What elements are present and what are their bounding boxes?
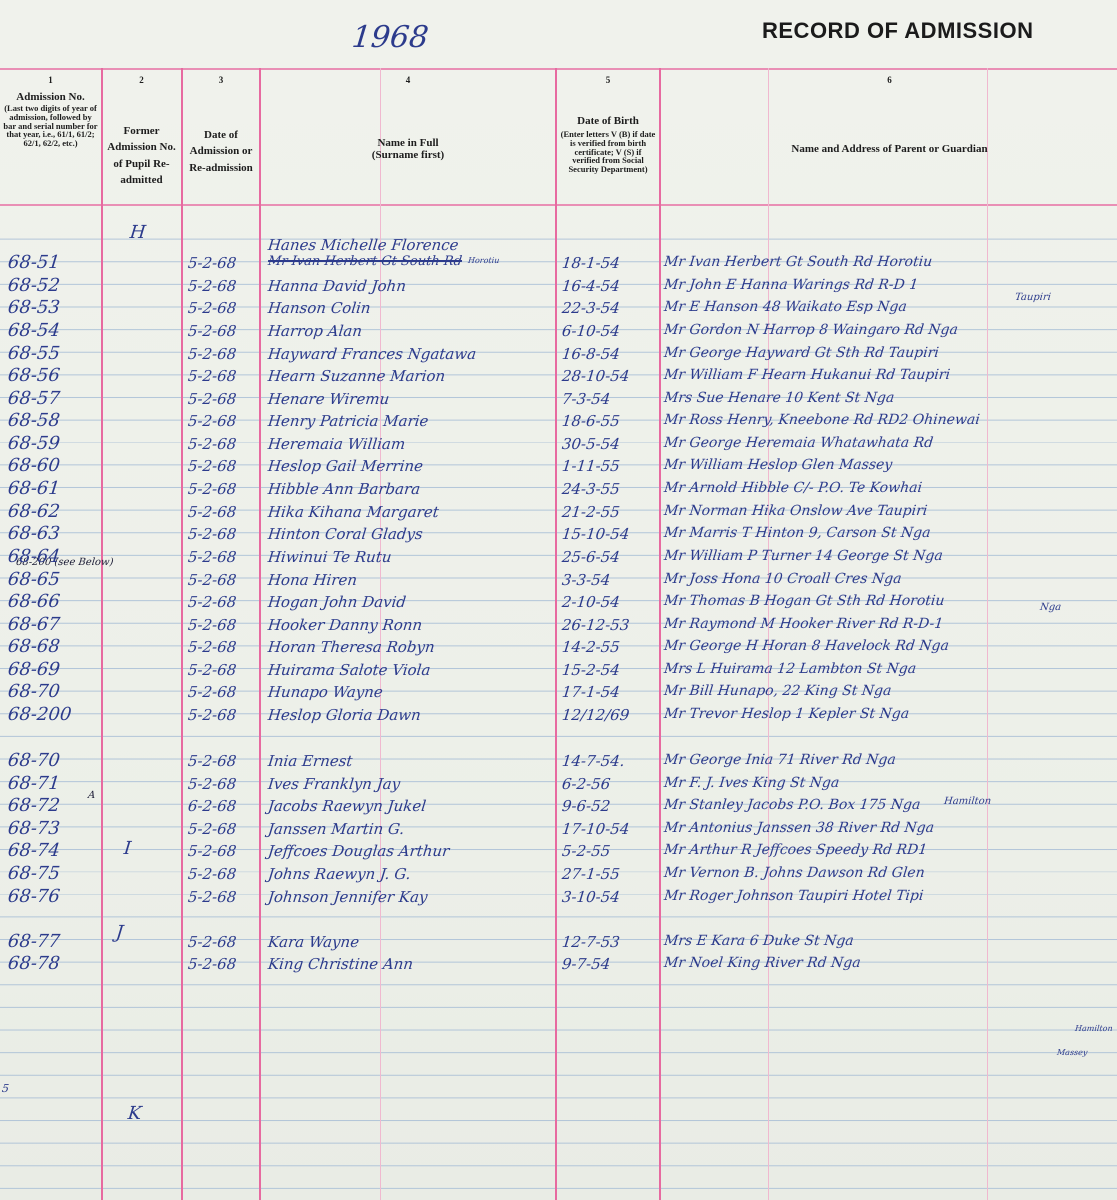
- admission-number: 68-78: [7, 953, 61, 974]
- pupil-name: Henry Patricia Marie: [267, 412, 429, 430]
- admission-number: 68-58: [7, 410, 61, 431]
- parent-guardian: Mr F. J. Ives King St Nga: [663, 775, 840, 791]
- pupil-name: Hibble Ann Barbara: [267, 480, 421, 498]
- annotation-horotiu: Horotiu: [468, 256, 500, 265]
- annotation-hamilton-68: Hamilton: [943, 796, 991, 807]
- date-of-birth: 27-1-55: [561, 865, 621, 883]
- pupil-name: Heslop Gail Merrine: [267, 457, 424, 475]
- pupil-name: Janssen Martin G.: [267, 820, 405, 838]
- date-of-birth: 24-3-55: [561, 480, 621, 498]
- date-of-birth: 16-8-54: [561, 345, 621, 363]
- column-divider: [987, 68, 988, 1200]
- parent-guardian: Mr Arnold Hibble C/- P.O. Te Kowhai: [663, 480, 923, 496]
- column-divider: [181, 68, 183, 1200]
- parent-guardian: Mr Norman Hika Onslow Ave Taupiri: [663, 503, 928, 519]
- column-header-former-admission: 2 Former Admission No. of Pupil Re-admit…: [104, 76, 179, 187]
- admission-date: 5-2-68: [187, 345, 237, 363]
- admission-number: 68-60: [7, 455, 61, 476]
- column-divider: [259, 68, 261, 1200]
- parent-guardian: Mr George H Horan 8 Havelock Rd Nga: [663, 638, 950, 654]
- admission-date: 5-2-68: [187, 254, 237, 272]
- parent-guardian: Mr Vernon B. Johns Dawson Rd Glen: [663, 865, 925, 881]
- parent-guardian: Mr George Inia 71 River Rd Nga: [663, 752, 896, 768]
- parent-guardian: Mr Ross Henry, Kneebone Rd RD2 Ohinewai: [663, 412, 980, 428]
- parent-guardian: Mr Trevor Heslop 1 Kepler St Nga: [663, 706, 910, 722]
- parent-guardian: Mr Roger Johnson Taupiri Hotel Tipi: [663, 888, 924, 904]
- admission-date: 5-2-68: [187, 593, 237, 611]
- column-divider: [659, 68, 661, 1200]
- admission-date: 5-2-68: [187, 775, 237, 793]
- admission-date: 5-2-68: [187, 638, 237, 656]
- date-of-birth: 25-6-54: [561, 548, 621, 566]
- admission-date: 5-2-68: [187, 706, 237, 724]
- admission-date: 5-2-68: [187, 933, 237, 951]
- date-of-birth: 12-7-53: [561, 933, 621, 951]
- pupil-name: Hanes Michelle Florence: [267, 236, 459, 254]
- parent-guardian: Mr Marris T Hinton 9, Carson St Nga: [663, 525, 931, 541]
- admission-number: 68-54: [7, 320, 61, 341]
- admission-date: 5-2-68: [187, 683, 237, 701]
- parent-guardian: Mr Antonius Janssen 38 River Rd Nga: [663, 820, 935, 836]
- admission-number: 68-57: [7, 388, 61, 409]
- admission-number: 68-70: [7, 750, 61, 771]
- admission-number: 68-55: [7, 343, 61, 364]
- date-of-birth: 5-2-55: [561, 842, 611, 860]
- admission-number: 68-72: [7, 795, 61, 816]
- admission-number: 68-56: [7, 365, 61, 386]
- struck-entry: Mr Ivan Herbert Gt South Rd: [267, 254, 462, 269]
- date-of-birth: 7-3-54: [561, 390, 611, 408]
- date-of-birth: 12/12/69: [561, 706, 630, 724]
- pupil-name: Ives Franklyn Jay: [267, 775, 401, 793]
- admission-number: 68-73: [7, 818, 61, 839]
- annotation-massey: Massey: [1057, 1048, 1088, 1057]
- admission-number: 68-63: [7, 523, 61, 544]
- admission-date: 5-2-68: [187, 277, 237, 295]
- admission-date: 5-2-68: [187, 548, 237, 566]
- pupil-name: Inia Ernest: [267, 752, 353, 770]
- date-of-birth: 6-10-54: [561, 322, 621, 340]
- admission-number: 68-64: [7, 546, 61, 567]
- parent-guardian: Mr Gordon N Harrop 8 Waingaro Rd Nga: [663, 322, 959, 338]
- admission-number: 68-61: [7, 478, 61, 499]
- date-of-birth: 28-10-54: [561, 367, 630, 385]
- pupil-name: Hona Hiren: [267, 571, 358, 589]
- annotation-stray-mark: 5: [1, 1082, 9, 1095]
- section-letter-h: H: [129, 222, 147, 243]
- annotation-taupiri: Taupiri: [1014, 292, 1051, 303]
- admission-date: 5-2-68: [187, 390, 237, 408]
- admission-date: 5-2-68: [187, 367, 237, 385]
- header-bottom-rule: [0, 204, 1117, 206]
- parent-guardian: Mr Joss Hona 10 Croall Cres Nga: [663, 571, 902, 587]
- date-of-birth: 18-1-54: [561, 254, 621, 272]
- admission-number: 68-76: [7, 886, 61, 907]
- date-of-birth: 14-2-55: [561, 638, 621, 656]
- date-of-birth: 14-7-54.: [561, 752, 626, 770]
- pupil-name: Henare Wiremu: [267, 390, 390, 408]
- date-of-birth: 9-6-52: [561, 797, 611, 815]
- section-letter-k: K: [127, 1103, 143, 1124]
- admission-number: 68-75: [7, 863, 61, 884]
- column-header-date-of-birth: 5 Date of Birth (Enter letters V (B) if …: [560, 76, 656, 174]
- admission-number: 68-200: [7, 704, 73, 725]
- date-of-birth: 30-5-54: [561, 435, 621, 453]
- parent-guardian: Mr Arthur R Jeffcoes Speedy Rd RD1: [663, 842, 928, 858]
- admission-number: 68-51: [7, 252, 61, 273]
- date-of-birth: 9-7-54: [561, 955, 611, 973]
- admission-date: 5-2-68: [187, 955, 237, 973]
- date-of-birth: 16-4-54: [561, 277, 621, 295]
- pupil-name: Heslop Gloria Dawn: [267, 706, 422, 724]
- admission-date: 5-2-68: [187, 503, 237, 521]
- parent-guardian: Mrs E Kara 6 Duke St Nga: [663, 933, 854, 949]
- admission-date: 5-2-68: [187, 322, 237, 340]
- admission-number: 68-59: [7, 433, 61, 454]
- pupil-name: Horan Theresa Robyn: [267, 638, 436, 656]
- ruled-lines: [0, 207, 1117, 1200]
- parent-guardian: Mr E Hanson 48 Waikato Esp Nga: [663, 299, 907, 315]
- parent-guardian: Mr George Heremaia Whatawhata Rd: [663, 435, 934, 451]
- page-title: RECORD OF ADMISSION: [762, 18, 1033, 44]
- parent-guardian: Mr William F Hearn Hukanui Rd Taupiri: [663, 367, 951, 383]
- admission-date: 5-2-68: [187, 457, 237, 475]
- admission-number: 68-52: [7, 275, 61, 296]
- date-of-birth: 22-3-54: [561, 299, 621, 317]
- pupil-name: Hunapo Wayne: [267, 683, 384, 701]
- admission-date: 5-2-68: [187, 888, 237, 906]
- admission-number: 68-53: [7, 297, 61, 318]
- admission-date: 5-2-68: [187, 820, 237, 838]
- date-of-birth: 21-2-55: [561, 503, 621, 521]
- parent-guardian: Mr Bill Hunapo, 22 King St Nga: [663, 683, 892, 699]
- date-of-birth: 15-10-54: [561, 525, 630, 543]
- pupil-name: Johnson Jennifer Kay: [267, 888, 428, 906]
- pupil-name: Huirama Salote Viola: [267, 661, 431, 679]
- pupil-name: Hogan John David: [267, 593, 407, 611]
- admission-number: 68-66: [7, 591, 61, 612]
- admission-number: 68-68: [7, 636, 61, 657]
- admission-number: 68-71: [7, 773, 61, 794]
- pupil-name: Harrop Alan: [267, 322, 363, 340]
- admission-number: 68-74: [7, 840, 61, 861]
- parent-guardian: Mrs L Huirama 12 Lambton St Nga: [663, 661, 917, 677]
- admission-date: 5-2-68: [187, 661, 237, 679]
- admission-date: 5-2-68: [187, 299, 237, 317]
- admission-number: 68-77: [7, 931, 61, 952]
- date-of-birth: 3-3-54: [561, 571, 611, 589]
- parent-guardian: Mr William P Turner 14 George St Nga: [663, 548, 943, 564]
- pupil-name: Hiwinui Te Rutu: [267, 548, 392, 566]
- admission-number: 68-62: [7, 501, 61, 522]
- admission-date: 5-2-68: [187, 752, 237, 770]
- header-top-rule: [0, 68, 1117, 70]
- annotation-mark-a: A: [87, 790, 95, 801]
- year-heading: 1968: [350, 20, 430, 55]
- column-header-parent-guardian: 6 Name and Address of Parent or Guardian: [662, 76, 1117, 156]
- column-divider: [101, 68, 103, 1200]
- parent-guardian: Mr John E Hanna Warings Rd R-D 1: [663, 277, 919, 293]
- admission-number: 68-65: [7, 569, 61, 590]
- admission-date: 6-2-68: [187, 797, 237, 815]
- column-header-admission-no: 1 Admission No. (Last two digits of year…: [2, 76, 99, 148]
- parent-guardian: Mr William Heslop Glen Massey: [663, 457, 893, 473]
- date-of-birth: 2-10-54: [561, 593, 621, 611]
- date-of-birth: 17-1-54: [561, 683, 621, 701]
- admission-number: 68-70: [7, 681, 61, 702]
- admission-date: 5-2-68: [187, 616, 237, 634]
- pupil-name: Hayward Frances Ngatawa: [267, 345, 477, 363]
- parent-guardian: Mr Noel King River Rd Nga: [663, 955, 861, 971]
- pupil-name: Heremaia William: [267, 435, 406, 453]
- pupil-name: Hika Kihana Margaret: [267, 503, 440, 521]
- parent-guardian: Mr Stanley Jacobs P.O. Box 175 Nga: [663, 797, 921, 813]
- pupil-name: Jacobs Raewyn Jukel: [267, 797, 427, 815]
- admission-date: 5-2-68: [187, 480, 237, 498]
- date-of-birth: 3-10-54: [561, 888, 621, 906]
- date-of-birth: 26-12-53: [561, 616, 630, 634]
- admission-date: 5-2-68: [187, 842, 237, 860]
- pupil-name: Jeffcoes Douglas Arthur: [267, 842, 450, 860]
- pupil-name: King Christine Ann: [267, 955, 414, 973]
- pupil-name: Hanson Colin: [267, 299, 372, 317]
- date-of-birth: 18-6-55: [561, 412, 621, 430]
- pupil-name: Hooker Danny Ronn: [267, 616, 423, 634]
- column-header-name: 4 Name in Full (Surname first): [262, 76, 554, 162]
- admission-date: 5-2-68: [187, 525, 237, 543]
- admission-number: 68-67: [7, 614, 61, 635]
- column-divider: [768, 68, 769, 1200]
- annotation-hamilton-74: Hamilton: [1075, 1024, 1114, 1033]
- admission-date: 5-2-68: [187, 571, 237, 589]
- parent-guardian: Mr Ivan Herbert Gt South Rd Horotiu: [663, 254, 933, 270]
- annotation-nga: Nga: [1039, 602, 1061, 613]
- date-of-birth: 15-2-54: [561, 661, 621, 679]
- pupil-name: Kara Wayne: [267, 933, 360, 951]
- parent-guardian: Mr Raymond M Hooker River Rd R-D-1: [663, 616, 944, 632]
- parent-guardian: Mr George Hayward Gt Sth Rd Taupiri: [663, 345, 939, 361]
- admission-date: 5-2-68: [187, 435, 237, 453]
- parent-guardian: Mr Thomas B Hogan Gt Sth Rd Horotiu: [663, 593, 945, 609]
- admission-number: 68-69: [7, 659, 61, 680]
- date-of-birth: 17-10-54: [561, 820, 630, 838]
- column-divider: [555, 68, 557, 1200]
- pupil-name: Hearn Suzanne Marion: [267, 367, 446, 385]
- admission-date: 5-2-68: [187, 865, 237, 883]
- date-of-birth: 1-11-55: [561, 457, 621, 475]
- pupil-name: Hinton Coral Gladys: [267, 525, 424, 543]
- pupil-name: Johns Raewyn J. G.: [267, 865, 412, 883]
- parent-guardian: Mrs Sue Henare 10 Kent St Nga: [663, 390, 895, 406]
- pupil-name: Hanna David John: [267, 277, 407, 295]
- admission-register-page: 1968 RECORD OF ADMISSION 1 Admission No.…: [0, 0, 1117, 1200]
- date-of-birth: 6-2-56: [561, 775, 611, 793]
- admission-date: 5-2-68: [187, 412, 237, 430]
- column-header-date-admission: 3 Date of Admission or Re-admission: [184, 76, 258, 175]
